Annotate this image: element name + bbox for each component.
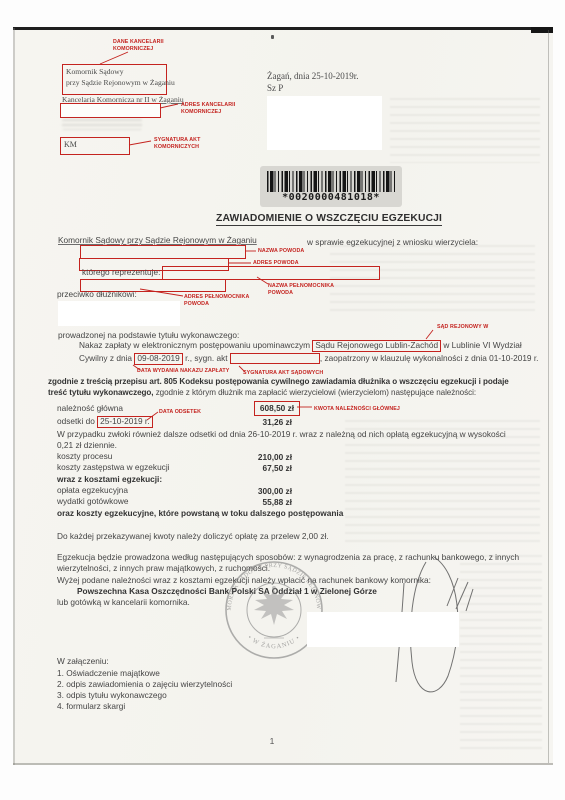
intro-right: w sprawie egzekucyjnej z wniosku wierzyc… [307, 238, 478, 248]
cost-label: wraz z kosztami egzekucji: [57, 475, 162, 485]
interest-value: 31,26 zł [230, 417, 292, 427]
cost-label: opłata egzekucyjna [57, 486, 128, 496]
page-number: 1 [252, 736, 292, 746]
account-intro: Wyżej podane należności wraz z kosztami … [57, 576, 431, 586]
execution-methods-line2: wierzytelności, z innych praw majątkowyc… [57, 564, 270, 574]
interest-date-box: 25-10-2019 r. [97, 416, 152, 428]
bank-name: Powszechna Kasa Oszczędności Bank Polski… [77, 587, 377, 597]
scan-edge-top [13, 27, 553, 30]
cost-value: 300,00 zł [230, 486, 292, 496]
interest-label: odsetki do 25-10-2019 r. [57, 417, 153, 427]
case-ref-box: KM [60, 137, 130, 155]
writ-line2-post: , zaopatrzony w klauzulę wykonalności z … [320, 353, 539, 363]
writ-line2-pre: Cywilny z dnia [79, 353, 132, 363]
court-name-box: Sądu Rejonowego Lublin-Zachód [312, 340, 441, 352]
interest-row: odsetki do 25-10-2019 r. 31,26 zł [57, 417, 377, 429]
law-line2-rest: zgodnie z którym dłużnik ma zapłacić wie… [154, 388, 477, 397]
writ-line2-mid: r., sygn. akt [185, 353, 227, 363]
annotation-attorney-address: ADRES PEŁNOMOCNIKA POWODA [184, 294, 264, 307]
against-debtor: przeciwko dłużnikowi: [57, 290, 137, 300]
represented-by: którego reprezentuje: [82, 268, 160, 278]
cost-label: wydatki gotówkowe [57, 497, 128, 507]
annotation-order-date: DATA WYDANIA NAKAZU ZAPŁATY [137, 368, 229, 375]
attachments-heading: W załączeniu: [57, 657, 109, 667]
principal-value-box: 608,50 zł [254, 401, 300, 416]
execution-methods-line1: Egzekucja będzie prowadzona według nastę… [57, 553, 519, 563]
cost-value: 55,88 zł [230, 497, 292, 507]
law-line1: zgodnie z treścią przepisu art. 805 Kode… [48, 377, 509, 387]
barcode-number: *0020000481018* [260, 192, 402, 203]
attachment-item: 3. odpis tytułu wykonawczego [57, 691, 167, 701]
annotation-office-data: DANE KANCELARII KOMORNICZEJ [113, 39, 181, 52]
writ-line2: Cywilny z dnia 09-08-2019 r., sygn. akt … [79, 354, 538, 364]
office-address-redaction-box [60, 103, 161, 118]
scan-edge-left [13, 28, 15, 765]
cost-row: oraz koszty egzekucyjne, które powstaną … [57, 509, 517, 521]
cash-alternative: lub gotówką w kancelarii komornika. [57, 598, 190, 608]
annotation-office-address: ADRES KANCELARII KOMORNICZEJ [181, 102, 247, 115]
law-line2-bold: treść tytułu wykonawczego, [48, 388, 154, 397]
cost-label: koszty procesu [57, 452, 112, 462]
annotation-principal-amount: KWOTA NALEŻNOŚCI GŁÓWNEJ [314, 406, 400, 413]
principal-label: należność główna [57, 404, 123, 414]
scan-artifact [271, 35, 274, 39]
order-date-box: 09-08-2019 [134, 353, 182, 365]
redacted-smudge [62, 119, 142, 130]
annotation-court-signature: SYGNATURA AKT SĄDOWYCH [243, 370, 323, 377]
cost-label: koszty zastępstwa w egzekucji [57, 463, 170, 473]
attachment-item: 1. Oświadczenie majątkowe [57, 669, 160, 679]
writ-line1-pre: Nakaz zapłaty w elektronicznym postępowa… [79, 340, 310, 350]
further-interest-line1: W przypadku zwłoki również dalsze odsetk… [57, 430, 506, 440]
attachment-item: 4. formularz skargi [57, 702, 125, 712]
date-line: Żagań, dnia 25-10-2019r. [267, 71, 358, 82]
scan-edge-corner [531, 27, 553, 33]
document-title: ZAWIADOMIENIE O WSZCZĘCIU EGZEKUCJI [216, 213, 442, 226]
annotation-court-name: SĄD REJONOWY W [437, 324, 488, 331]
further-interest-line2: 0,21 zł dziennie. [57, 441, 117, 451]
annotation-attorney-name: NAZWA PEŁNOMOCNIKA POWODA [268, 283, 360, 296]
redaction-patch [58, 301, 180, 326]
case-ref: KM [64, 140, 77, 149]
scan-edge-bottom [13, 763, 553, 765]
writ-line1: Nakaz zapłaty w elektronicznym postępowa… [79, 341, 522, 351]
law-line2: treść tytułu wykonawczego, zgodnie z któ… [48, 388, 476, 398]
writ-line1-post: w Lublinie VI Wydział [443, 340, 521, 350]
court-signature-redaction-box [230, 353, 320, 364]
salutation: Sz P [267, 83, 283, 94]
scanned-document: DANE KANCELARII KOMORNICZEJ Komornik Sąd… [0, 0, 565, 800]
annotation-case-signature: SYGNATURA AKT KOMORNICZYCH [154, 137, 220, 150]
barcode [267, 171, 396, 192]
cost-value: 210,00 zł [230, 452, 292, 462]
annotation-interest-date: DATA ODSETEK [159, 409, 201, 416]
annotation-plaintiff-name: NAZWA POWODA [258, 248, 304, 255]
office-name-line2: przy Sądzie Rejonowym w Żaganiu [66, 78, 175, 89]
transfer-fee-note: Do każdej przekazywanej kwoty należy dol… [57, 532, 329, 542]
attachment-item: 2. odpis zawiadomienia o zajęciu wierzyt… [57, 680, 232, 690]
attorney-name-redaction-box [162, 266, 380, 280]
cost-value: 67,50 zł [230, 463, 292, 473]
scan-edge-right [548, 30, 549, 763]
interest-pre: odsetki do [57, 416, 95, 426]
redaction-patch [307, 612, 459, 647]
office-name-line1: Komornik Sądowy [66, 67, 175, 78]
plaintiff-name-redaction-box [80, 245, 246, 259]
redaction-patch [267, 96, 382, 150]
office-name-box: Komornik Sądowy przy Sądzie Rejonowym w … [62, 64, 167, 95]
cost-label: oraz koszty egzekucyjne, które powstaną … [57, 509, 343, 519]
